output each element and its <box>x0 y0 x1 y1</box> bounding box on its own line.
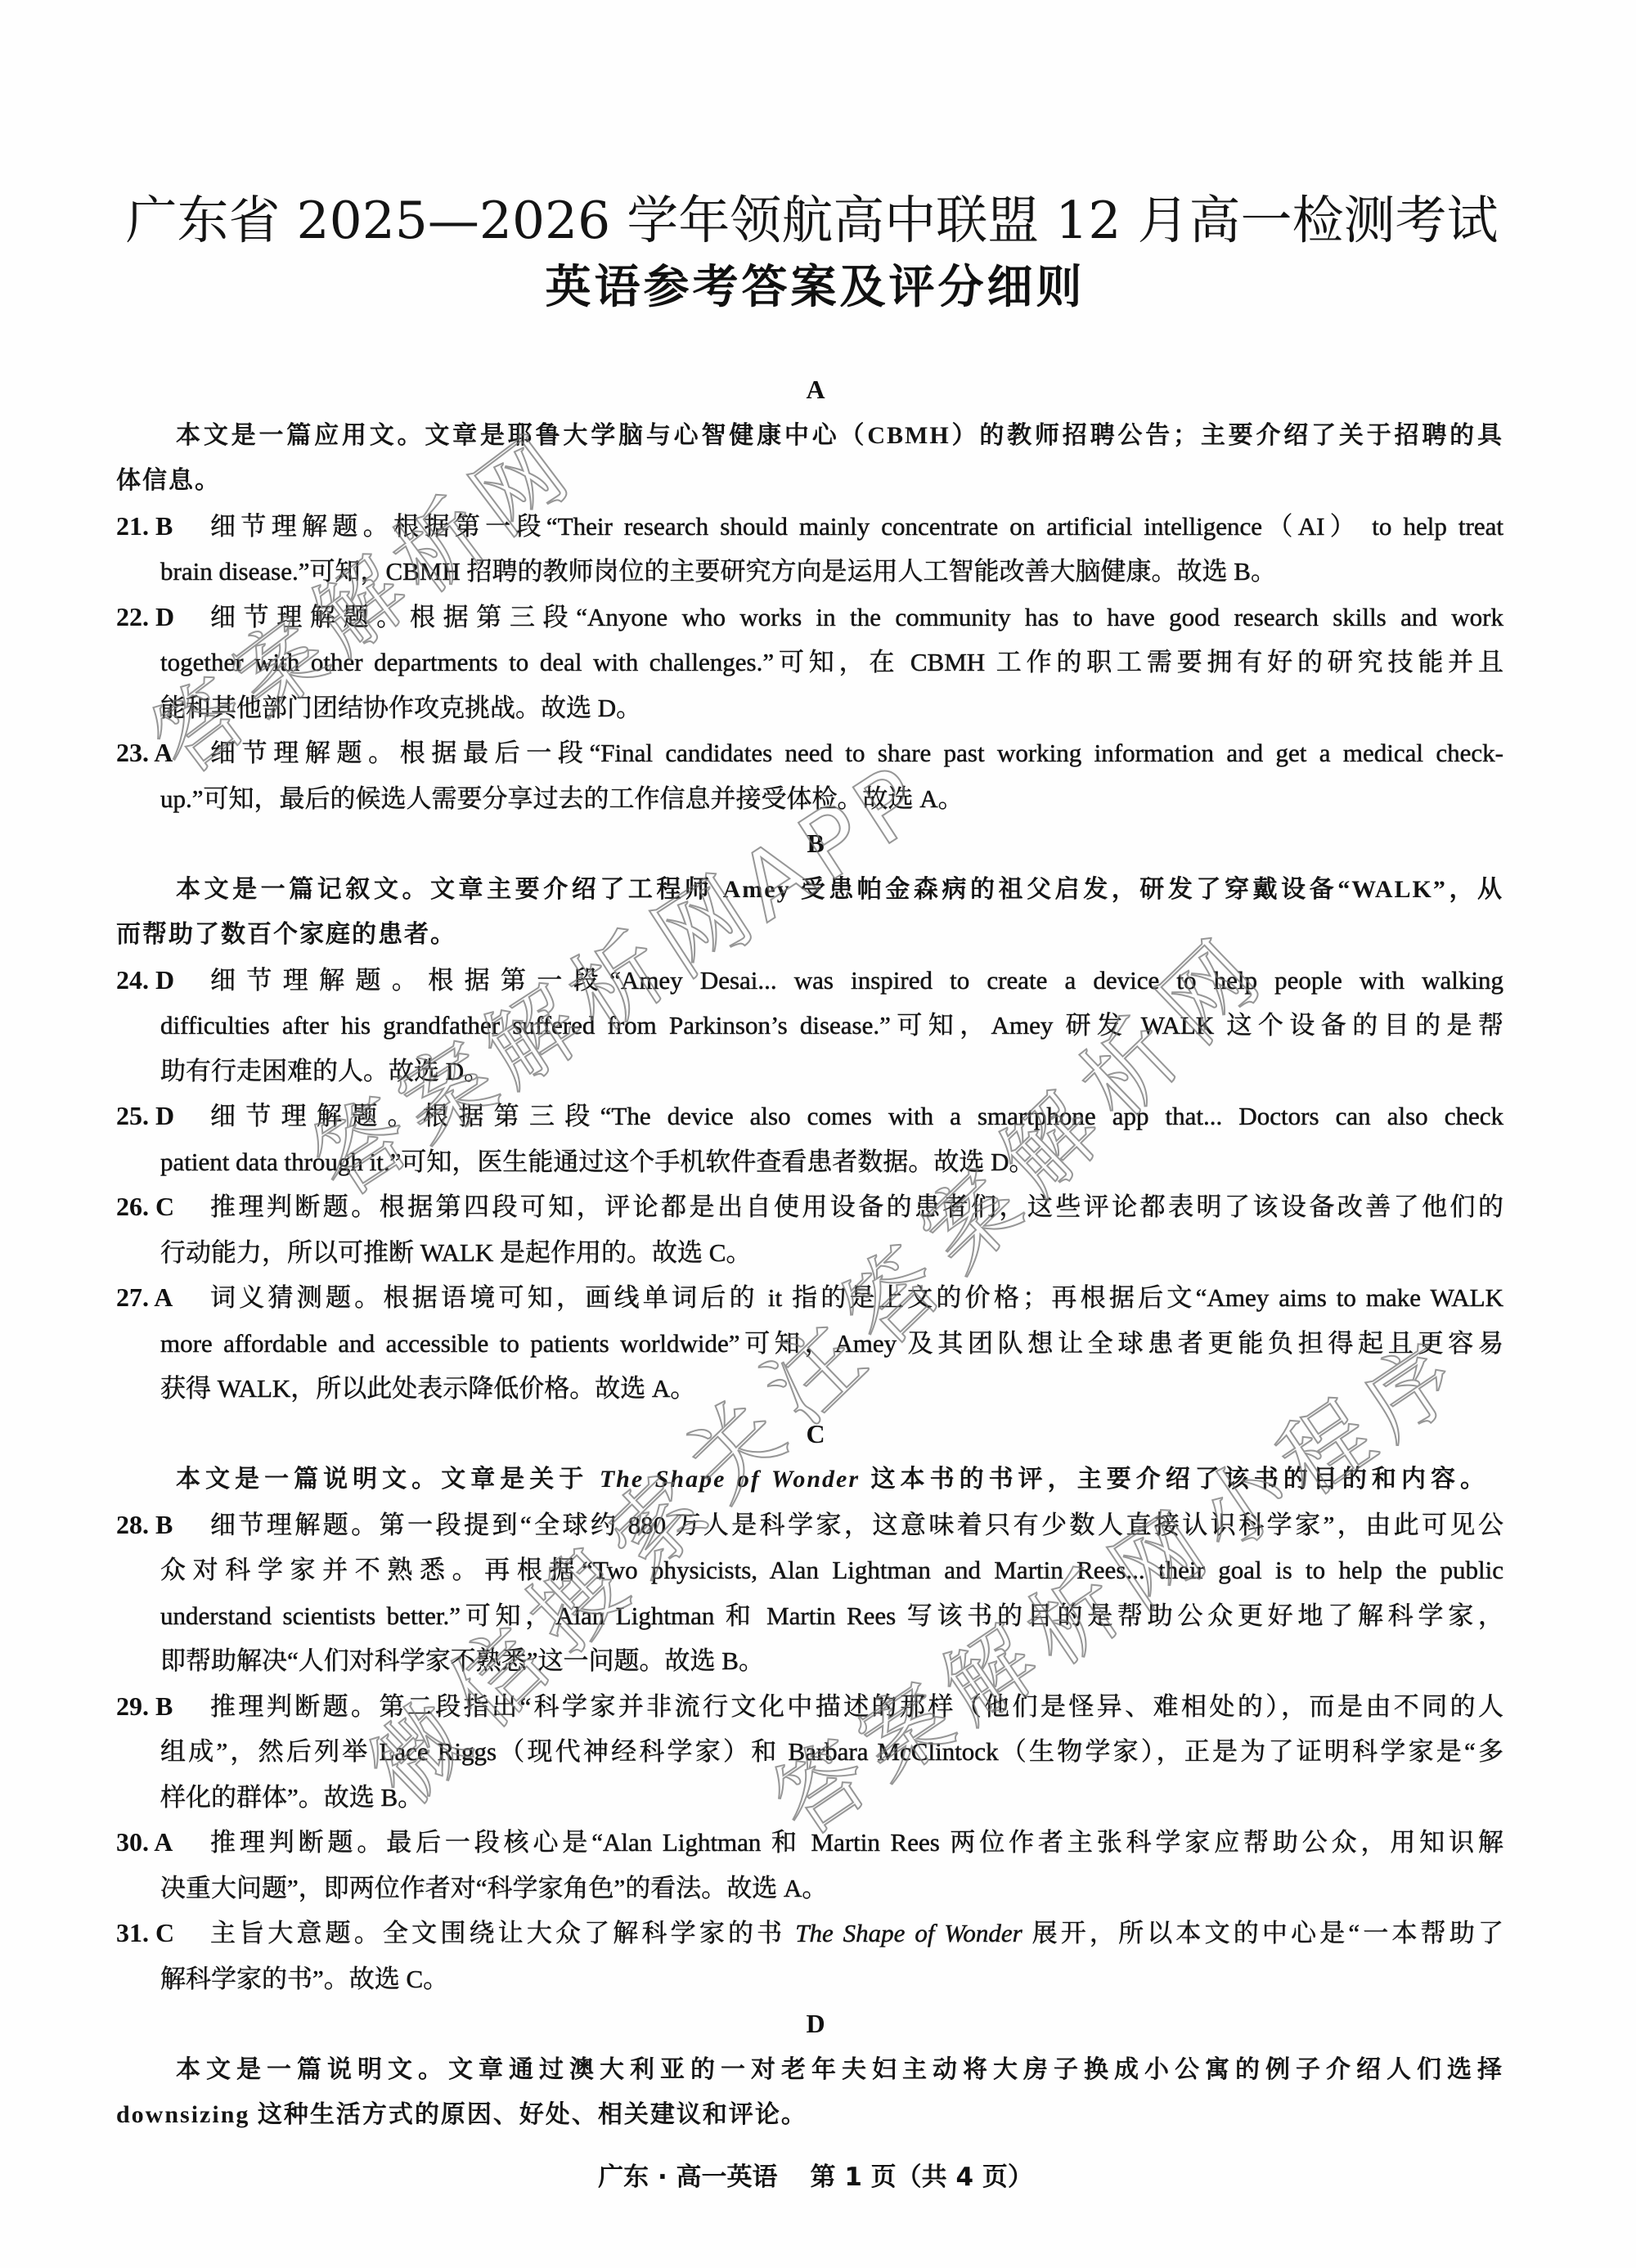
answer-continuation: 获得 WALK，所以此处表示降低价格。故选 A。 <box>0 1366 1636 1412</box>
question-answer-label: 23. A <box>116 730 173 776</box>
explanation-line: 样化的群体”。故选 B。 <box>160 1775 1503 1821</box>
explanation-line: 细节理解题。根据第一段“Amey Desai... was inspired t… <box>210 958 1503 1004</box>
explanation-line: 决重大问题”，即两位作者对“科学家角色”的看法。故选 A。 <box>160 1866 1503 1911</box>
answer-item: 25. D 细节理解题。根据第三段“The device also comes … <box>0 1094 1636 1139</box>
summary-text: 这本书的书评，主要介绍了该书的目的和内容。 <box>860 1466 1486 1493</box>
section-heading: D <box>0 2001 1631 2047</box>
explanation-line: 细节理解题。根据第三段“The device also comes with a… <box>210 1094 1503 1139</box>
question-answer-label: 29. B <box>116 1684 173 1730</box>
book-title: The Shape of Wonder <box>600 1466 860 1493</box>
explanation-text: 展开，所以本文的中心是“一本帮助了 <box>1022 1919 1503 1947</box>
footer-page-number: 第 1 页（共 4 页） <box>811 2156 1033 2193</box>
answer-continuation: 行动能力，所以可推断 WALK 是起作用的。故选 C。 <box>0 1230 1636 1276</box>
answer-item: 29. B 推理判断题。第二段指出“科学家并非流行文化中描述的那样（他们是怪异、… <box>0 1684 1636 1730</box>
explanation-line: 助有行走困难的人。故选 D。 <box>160 1049 1503 1094</box>
explanation-line: brain disease.”可知，CBMH 招聘的教师岗位的主要研究方向是运用… <box>160 549 1503 595</box>
answer-continuation: 组成”，然后列举 Lace Riggs（现代神经科学家）和 Barbara Mc… <box>0 1729 1636 1775</box>
explanation-line: more affordable and accessible to patien… <box>160 1321 1503 1367</box>
book-title: The Shape of Wonder <box>795 1919 1022 1947</box>
section-summary-row: 本文是一篇应用文。文章是耶鲁大学脑与心智健康中心（CBMH）的教师招聘公告；主要… <box>0 413 1636 459</box>
section-heading: C <box>0 1412 1631 1457</box>
question-answer-label: 21. B <box>116 504 173 550</box>
answer-item: 28. B 细节理解题。第一段提到“全球约 880 万人是科学家，这意味着只有少… <box>0 1502 1636 1548</box>
question-answer-label: 25. D <box>116 1094 174 1139</box>
answer-continuation: up.”可知，最后的候选人需要分享过去的工作信息并接受体检。故选 A。 <box>0 776 1636 822</box>
answer-continuation: 众对科学家并不熟悉。再根据“Two physicists, Alan Light… <box>0 1547 1636 1593</box>
explanation-line: 众对科学家并不熟悉。再根据“Two physicists, Alan Light… <box>160 1547 1503 1593</box>
question-answer-label: 24. D <box>116 958 174 1004</box>
answer-item: 24. D 细节理解题。根据第一段“Amey Desai... was insp… <box>0 958 1636 1004</box>
section-b-heading-row: B <box>0 821 1636 867</box>
explanation-line: 即帮助解决“人们对科学家不熟悉”这一问题。故选 B。 <box>160 1638 1503 1684</box>
answer-item: 31. C 主旨大意题。全文围绕让大众了解科学家的书 The Shape of … <box>0 1911 1636 1956</box>
answer-continuation: 决重大问题”，即两位作者对“科学家角色”的看法。故选 A。 <box>0 1866 1636 1911</box>
section-c-heading-row: C <box>0 1412 1636 1457</box>
answer-key-body: A 本文是一篇应用文。文章是耶鲁大学脑与心智健康中心（CBMH）的教师招聘公告；… <box>0 367 1636 2138</box>
explanation-line: 细节理解题。根据第三段“Anyone who works in the comm… <box>210 595 1503 640</box>
explanation-line: 推理判断题。第二段指出“科学家并非流行文化中描述的那样（他们是怪异、难相处的），… <box>210 1684 1503 1730</box>
explanation-line: 推理判断题。根据第四段可知，评论都是出自使用设备的患者们，这些评论都表明了该设备… <box>210 1184 1503 1230</box>
explanation-line: 细节理解题。第一段提到“全球约 880 万人是科学家，这意味着只有少数人直接认识… <box>210 1502 1503 1548</box>
question-answer-label: 26. C <box>116 1184 174 1230</box>
answer-continuation: 即帮助解决“人们对科学家不熟悉”这一问题。故选 B。 <box>0 1638 1636 1684</box>
section-summary-line: 体信息。 <box>116 458 1503 504</box>
explanation-line: 推理判断题。最后一段核心是“Alan Lightman 和 Martin Ree… <box>210 1820 1503 1866</box>
answer-continuation: brain disease.”可知，CBMH 招聘的教师岗位的主要研究方向是运用… <box>0 549 1636 595</box>
answer-continuation: understand scientists better.”可知，Alan Li… <box>0 1593 1636 1639</box>
explanation-line: 主旨大意题。全文围绕让大众了解科学家的书 The Shape of Wonder… <box>210 1911 1503 1956</box>
answer-continuation: patient data through it.”可知，医生能通过这个手机软件查… <box>0 1139 1636 1185</box>
section-summary-row: downsizing 这种生活方式的原因、好处、相关建议和评论。 <box>0 2092 1636 2138</box>
section-a-heading-row: A <box>0 367 1636 413</box>
answer-item: 27. A 词义猜测题。根据语境可知，画线单词后的 it 指的是上文的价格；再根… <box>0 1275 1636 1321</box>
question-answer-label: 22. D <box>116 595 174 640</box>
section-summary-row: 本文是一篇说明文。文章通过澳大利亚的一对老年夫妇主动将大房子换成小公寓的例子介绍… <box>0 2047 1636 2093</box>
section-summary-row: 本文是一篇说明文。文章是关于 The Shape of Wonder 这本书的书… <box>0 1457 1636 1502</box>
answer-item: 22. D 细节理解题。根据第三段“Anyone who works in th… <box>0 595 1636 640</box>
answer-continuation: together with other departments to deal … <box>0 640 1636 685</box>
explanation-line: patient data through it.”可知，医生能通过这个手机软件查… <box>160 1139 1503 1185</box>
explanation-line: 解科学家的书”。故选 C。 <box>160 1956 1503 2002</box>
section-summary-line: 本文是一篇说明文。文章通过澳大利亚的一对老年夫妇主动将大房子换成小公寓的例子介绍… <box>176 2047 1503 2093</box>
answer-continuation: 能和其他部门团结协作攻克挑战。故选 D。 <box>0 685 1636 731</box>
answer-item: 21. B 细节理解题。根据第一段“Their research should … <box>0 504 1636 550</box>
section-summary-line: 本文是一篇记叙文。文章主要介绍了工程师 Amey 受患帕金森病的祖父启发，研发了… <box>176 867 1503 913</box>
explanation-line: 细节理解题。根据第一段“Their research should mainly… <box>210 504 1503 550</box>
answer-item: 23. A 细节理解题。根据最后一段“Final candidates need… <box>0 730 1636 776</box>
explanation-line: difficulties after his grandfather suffe… <box>160 1003 1503 1049</box>
section-summary-row: 而帮助了数百个家庭的患者。 <box>0 912 1636 958</box>
explanation-line: 词义猜测题。根据语境可知，画线单词后的 it 指的是上文的价格；再根据后文“Am… <box>210 1275 1503 1321</box>
answer-key-page: 广东省 2025—2026 学年领航高中联盟 12 月高一检测考试 英语参考答案… <box>0 0 1636 2268</box>
explanation-line: 组成”，然后列举 Lace Riggs（现代神经科学家）和 Barbara Mc… <box>160 1729 1503 1775</box>
explanation-line: together with other departments to deal … <box>160 640 1503 685</box>
explanation-line: understand scientists better.”可知，Alan Li… <box>160 1593 1503 1639</box>
section-d-heading-row: D <box>0 2001 1636 2047</box>
question-answer-label: 27. A <box>116 1275 173 1321</box>
explanation-line: up.”可知，最后的候选人需要分享过去的工作信息并接受体检。故选 A。 <box>160 776 1503 822</box>
question-answer-label: 30. A <box>116 1820 173 1866</box>
section-summary-line: downsizing 这种生活方式的原因、好处、相关建议和评论。 <box>116 2092 1503 2138</box>
answer-continuation: more affordable and accessible to patien… <box>0 1321 1636 1367</box>
question-answer-label: 31. C <box>116 1911 174 1956</box>
answer-item: 30. A 推理判断题。最后一段核心是“Alan Lightman 和 Mart… <box>0 1820 1636 1866</box>
question-answer-label: 28. B <box>116 1502 173 1548</box>
section-heading: A <box>0 367 1631 413</box>
answer-continuation: 样化的群体”。故选 B。 <box>0 1775 1636 1821</box>
section-summary-line: 本文是一篇应用文。文章是耶鲁大学脑与心智健康中心（CBMH）的教师招聘公告；主要… <box>176 413 1503 459</box>
section-summary-line: 本文是一篇说明文。文章是关于 The Shape of Wonder 这本书的书… <box>176 1457 1486 1502</box>
section-heading: B <box>0 821 1631 867</box>
explanation-line: 行动能力，所以可推断 WALK 是起作用的。故选 C。 <box>160 1230 1503 1276</box>
answer-continuation: 助有行走困难的人。故选 D。 <box>0 1049 1636 1094</box>
page-footer: 广东 · 高一英语 第 1 页（共 4 页） <box>0 2158 1631 2190</box>
explanation-line: 能和其他部门团结协作攻克挑战。故选 D。 <box>160 685 1503 731</box>
section-summary-row: 体信息。 <box>0 458 1636 504</box>
footer-subject: 广东 · 高一英语 <box>598 2156 777 2193</box>
section-summary-row: 本文是一篇记叙文。文章主要介绍了工程师 Amey 受患帕金森病的祖父启发，研发了… <box>0 867 1636 913</box>
explanation-text: 主旨大意题。全文围绕让大众了解科学家的书 <box>210 1919 795 1947</box>
answer-continuation: difficulties after his grandfather suffe… <box>0 1003 1636 1049</box>
answer-item: 26. C 推理判断题。根据第四段可知，评论都是出自使用设备的患者们，这些评论都… <box>0 1184 1636 1230</box>
summary-text: 本文是一篇说明文。文章是关于 <box>176 1466 600 1493</box>
explanation-line: 细节理解题。根据最后一段“Final candidates need to sh… <box>210 730 1503 776</box>
section-summary-line: 而帮助了数百个家庭的患者。 <box>116 912 1503 958</box>
answer-continuation: 解科学家的书”。故选 C。 <box>0 1956 1636 2002</box>
explanation-line: 获得 WALK，所以此处表示降低价格。故选 A。 <box>160 1366 1503 1412</box>
document-title: 广东省 2025—2026 学年领航高中联盟 12 月高一检测考试 <box>0 192 1624 249</box>
document-subtitle: 英语参考答案及评分细则 <box>0 262 1630 314</box>
